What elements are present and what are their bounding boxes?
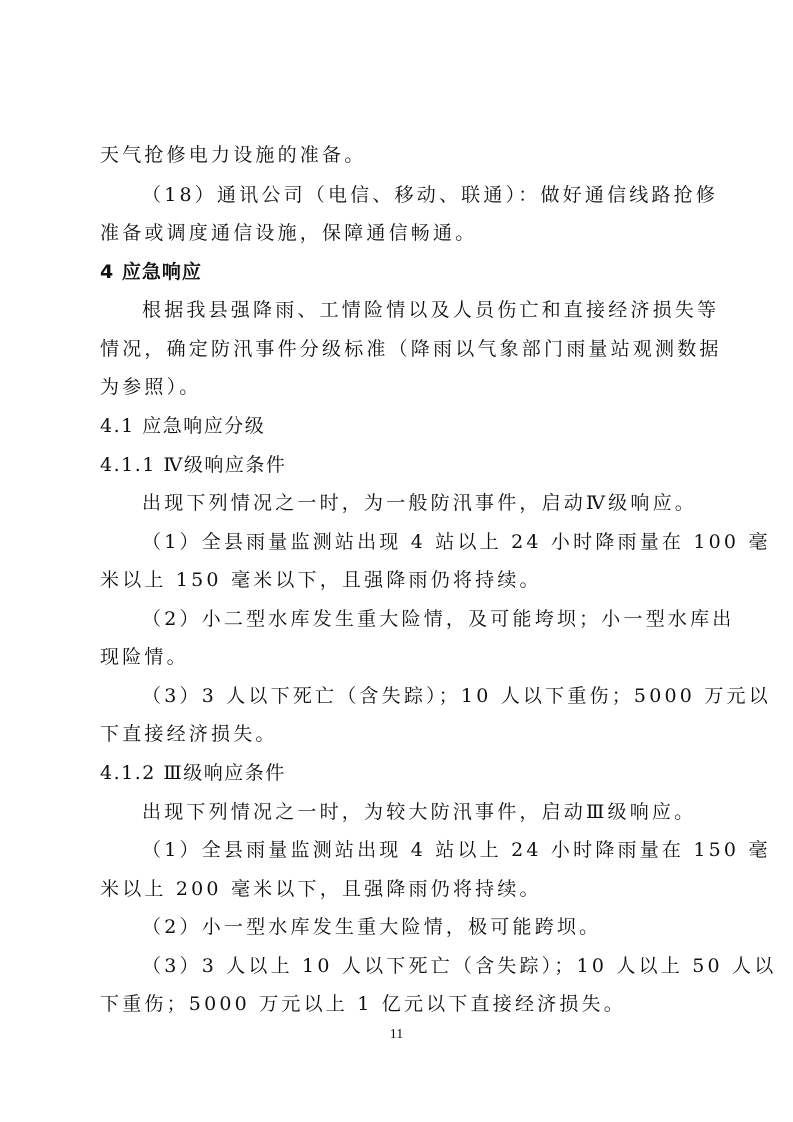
- section-heading: 4 应急响应: [100, 260, 202, 284]
- list-item-line: 米以上 200 毫米以下，且强降雨仍将持续。: [100, 877, 542, 901]
- list-item-line: 现险情。: [100, 645, 189, 669]
- list-item-line: 下重伤；5000 万元以上 1 亿元以下直接经济损失。: [100, 992, 626, 1016]
- paragraph-line: （18）通讯公司（电信、移动、联通）：做好通信线路抢修: [142, 183, 718, 207]
- list-item-line: （2）小一型水库发生重大险情，极可能跨坝。: [142, 915, 601, 939]
- document-page: 天气抢修电力设施的准备。 （18）通讯公司（电信、移动、联通）：做好通信线路抢修…: [0, 0, 793, 1122]
- paragraph-line: 情况，确定防汛事件分级标准（降雨以气象部门雨量站观测数据: [100, 337, 722, 361]
- list-item-line: （2）小二型水库发生重大险情，及可能垮坝；小一型水库出: [142, 607, 735, 631]
- paragraph-line: 为参照）。: [100, 375, 202, 399]
- paragraph-line: 根据我县强降雨、工情险情以及人员伤亡和直接经济损失等: [142, 298, 719, 322]
- list-item-line: 下直接经济损失。: [100, 722, 278, 746]
- subsection-heading: 4.1.1 Ⅳ级响应条件: [100, 453, 286, 477]
- paragraph-line: 出现下列情况之一时，为一般防汛事件，启动Ⅳ级响应。: [142, 491, 697, 515]
- subsection-heading: 4.1 应急响应分级: [100, 414, 265, 438]
- subsection-heading: 4.1.2 Ⅲ级响应条件: [100, 761, 286, 785]
- list-item-line: （3）3 人以下死亡（含失踪）；10 人以下重伤；5000 万元以: [142, 684, 771, 708]
- page-number: 11: [0, 1027, 793, 1043]
- list-item-line: （3）3 人以上 10 人以下死亡（含失踪）；10 人以上 50 人以: [142, 954, 776, 978]
- list-item-line: （1）全县雨量监测站出现 4 站以上 24 小时降雨量在 150 毫: [142, 838, 771, 862]
- paragraph-line: 准备或调度通信设施，保障通信畅通。: [100, 221, 477, 245]
- paragraph-line: 天气抢修电力设施的准备。: [100, 143, 366, 167]
- list-item-line: 米以上 150 毫米以下，且强降雨仍将持续。: [100, 568, 542, 592]
- list-item-line: （1）全县雨量监测站出现 4 站以上 24 小时降雨量在 100 毫: [142, 530, 771, 554]
- paragraph-line: 出现下列情况之一时，为较大防汛事件，启动Ⅲ级响应。: [142, 800, 696, 824]
